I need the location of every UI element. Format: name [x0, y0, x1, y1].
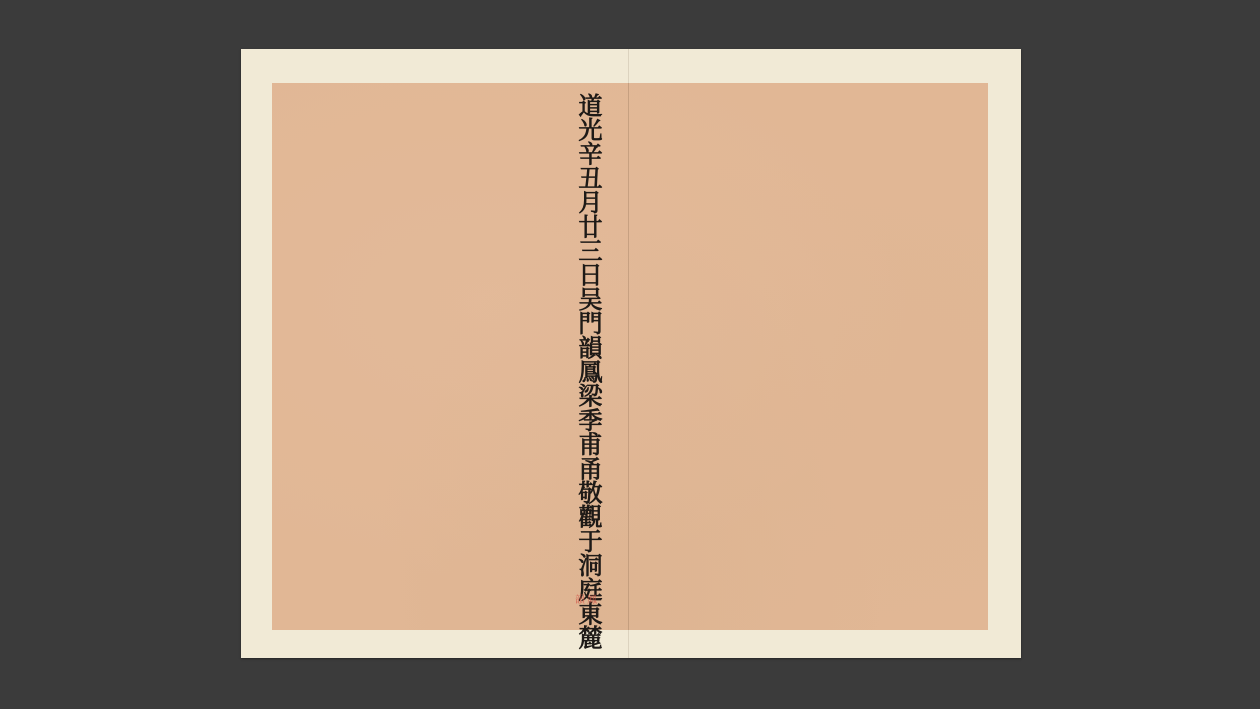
seal-char: 鳳 — [586, 596, 598, 606]
center-fold-line — [628, 83, 629, 630]
mount-fold-top — [628, 49, 629, 83]
album-leaf-paper: 道光辛丑月廿三日吴門韻鳳梁季甫甬敬觀于洞庭東麓 韻 鳳 — [272, 83, 988, 630]
red-seal-stamp: 韻 鳳 — [574, 586, 598, 616]
mount-fold-bottom — [628, 630, 629, 658]
calligraphy-inscription: 道光辛丑月廿三日吴門韻鳳梁季甫甬敬觀于洞庭東麓 — [568, 93, 608, 650]
seal-char: 韻 — [574, 596, 586, 606]
